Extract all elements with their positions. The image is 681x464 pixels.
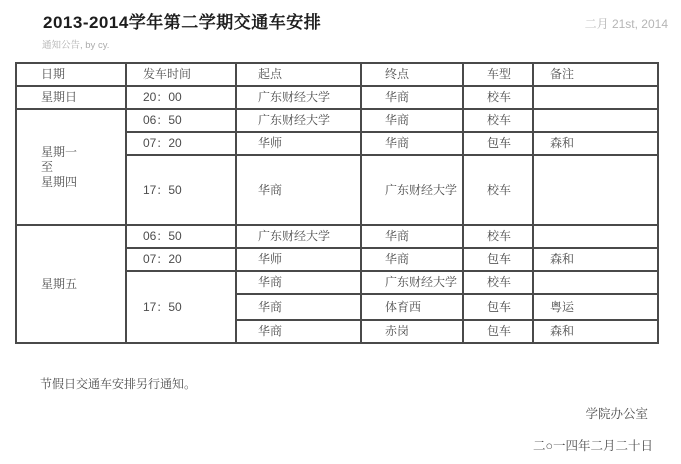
cell-dest: 广东财经大学 <box>362 272 464 295</box>
bus-schedule-table: 日期 发车时间 起点 终点 车型 备注 星期日 20：00 广东财经大学 华商 … <box>15 62 659 344</box>
cell-time: 06：50 <box>127 226 237 249</box>
cell-remark: 森和 <box>534 321 659 344</box>
cell-origin: 华商 <box>237 295 362 321</box>
col-header-time: 发车时间 <box>127 64 237 87</box>
cell-origin: 华商 <box>237 321 362 344</box>
cell-dest: 华商 <box>362 133 464 156</box>
cell-remark <box>534 226 659 249</box>
cell-remark: 粤运 <box>534 295 659 321</box>
cell-day-monthu: 星期一 至 星期四 <box>17 110 127 226</box>
signature-office: 学院办公室 <box>585 404 648 422</box>
cell-origin: 华商 <box>237 272 362 295</box>
cell-type: 校车 <box>464 272 534 295</box>
cell-origin: 广东财经大学 <box>237 226 362 249</box>
cell-origin: 华商 <box>237 156 362 226</box>
cell-time-evening: 17：50 <box>127 272 237 344</box>
cell-remark <box>534 272 659 295</box>
page-title: 2013-2014学年第二学期交通车安排 <box>43 8 321 33</box>
cell-time: 07：20 <box>127 133 237 156</box>
table-row-friday-1: 星期五 06：50 广东财经大学 华商 校车 <box>17 226 659 249</box>
cell-day: 星期日 <box>17 87 127 110</box>
cell-type: 包车 <box>464 321 534 344</box>
cell-remark <box>534 110 659 133</box>
cell-dest: 体育西 <box>362 295 464 321</box>
cell-remark: 森和 <box>534 249 659 272</box>
cell-type: 包车 <box>464 295 534 321</box>
cell-dest: 华商 <box>362 87 464 110</box>
cell-time: 07：20 <box>127 249 237 272</box>
cell-dest: 华商 <box>362 110 464 133</box>
notice-page: 2013-2014学年第二学期交通车安排 二月 21st, 2014 通知公告,… <box>0 0 681 464</box>
cell-type: 校车 <box>464 226 534 249</box>
col-header-type: 车型 <box>464 64 534 87</box>
table-row-sunday: 星期日 20：00 广东财经大学 华商 校车 <box>17 87 659 110</box>
signature-date: 二○一四年二月二十日 <box>533 436 653 454</box>
post-date: 二月 21st, 2014 <box>585 15 668 32</box>
cell-remark: 森和 <box>534 133 659 156</box>
cell-origin: 华师 <box>237 133 362 156</box>
cell-dest: 广东财经大学 <box>362 156 464 226</box>
cell-type: 包车 <box>464 133 534 156</box>
cell-day-friday: 星期五 <box>17 226 127 344</box>
table-header-row: 日期 发车时间 起点 终点 车型 备注 <box>17 64 659 87</box>
table-row-monthu-1: 星期一 至 星期四 06：50 广东财经大学 华商 校车 <box>17 110 659 133</box>
holiday-note: 节假日交通车安排另行通知。 <box>40 375 196 392</box>
post-meta-byline: 通知公告, by cy. <box>42 37 109 51</box>
cell-type: 校车 <box>464 156 534 226</box>
cell-dest: 华商 <box>362 249 464 272</box>
col-header-date: 日期 <box>17 64 127 87</box>
cell-type: 校车 <box>464 87 534 110</box>
cell-time: 06：50 <box>127 110 237 133</box>
cell-time: 20：00 <box>127 87 237 110</box>
cell-origin: 华师 <box>237 249 362 272</box>
cell-type: 包车 <box>464 249 534 272</box>
cell-dest: 赤岗 <box>362 321 464 344</box>
cell-time: 17：50 <box>127 156 237 226</box>
cell-origin: 广东财经大学 <box>237 87 362 110</box>
cell-origin: 广东财经大学 <box>237 110 362 133</box>
col-header-dest: 终点 <box>362 64 464 87</box>
cell-remark <box>534 87 659 110</box>
cell-type: 校车 <box>464 110 534 133</box>
col-header-origin: 起点 <box>237 64 362 87</box>
cell-dest: 华商 <box>362 226 464 249</box>
cell-remark <box>534 156 659 226</box>
col-header-remark: 备注 <box>534 64 659 87</box>
